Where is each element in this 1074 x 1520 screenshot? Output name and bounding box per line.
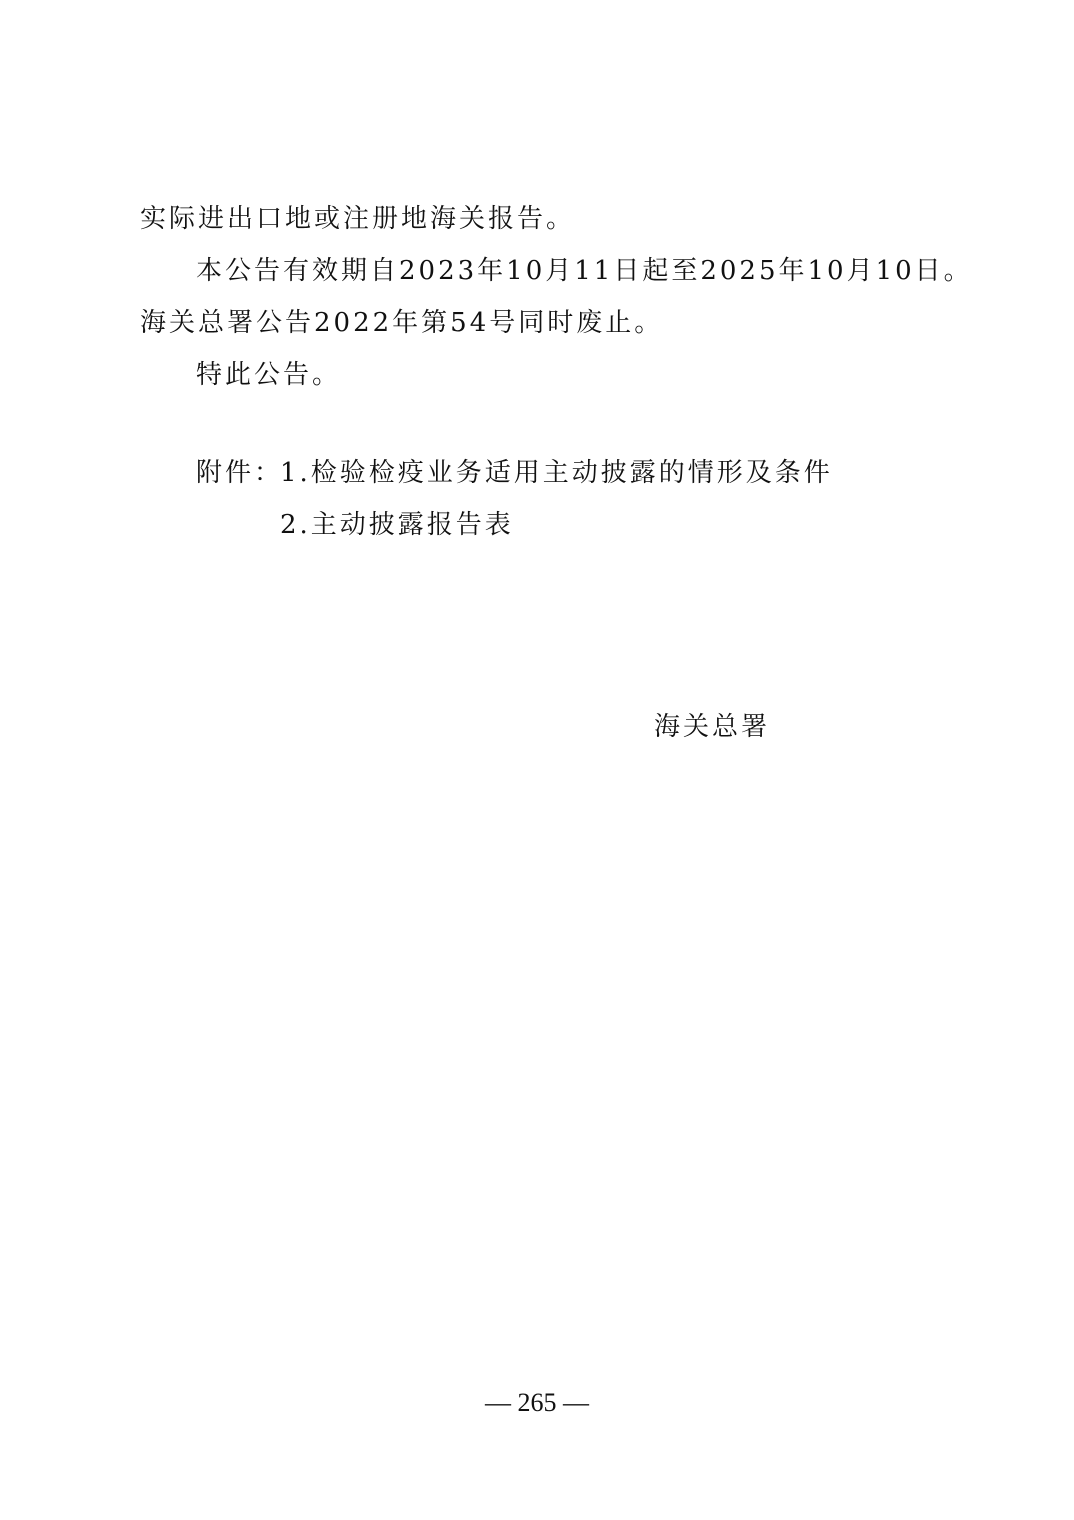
attachment-item-2: 2.主动披露报告表 [280, 510, 514, 540]
attachment-item-1: 1.检验检疫业务适用主动披露的情形及条件 [280, 458, 833, 488]
paragraph-validity: 本公告有效期自2023年10月11日起至2025年10月10日。 [196, 256, 973, 286]
attachments-label: 附件： [196, 458, 283, 488]
page-number: — 265 — [0, 1388, 1074, 1418]
paragraph-continuation: 实际进出口地或注册地海关报告。 [140, 204, 575, 234]
paragraph-repeal: 海关总署公告2022年第54号同时废止。 [140, 308, 663, 338]
signature: 海关总署 [654, 712, 770, 742]
paragraph-closing: 特此公告。 [196, 360, 341, 390]
